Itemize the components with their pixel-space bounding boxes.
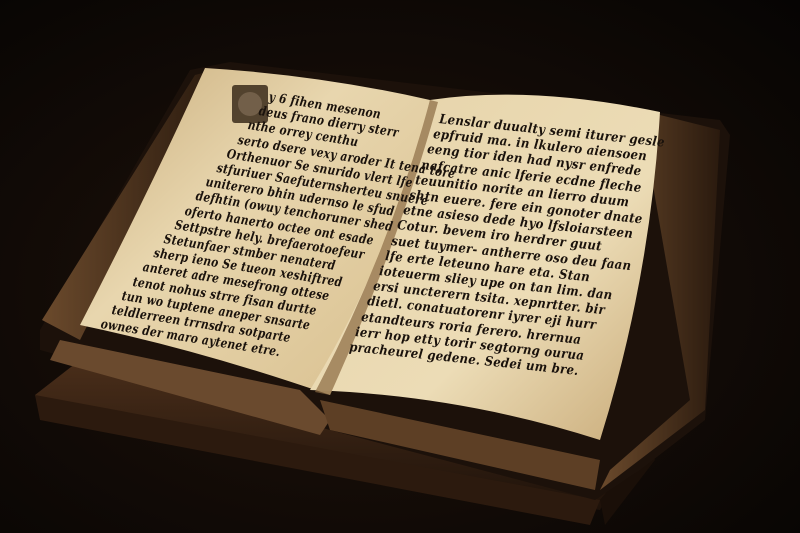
right-page-text: Lenslar duualty semi iturer gesleepfruid…: [0, 0, 800, 533]
photo-scene: y 6 fihen mesenondeus frano dierry sterr…: [0, 0, 800, 533]
